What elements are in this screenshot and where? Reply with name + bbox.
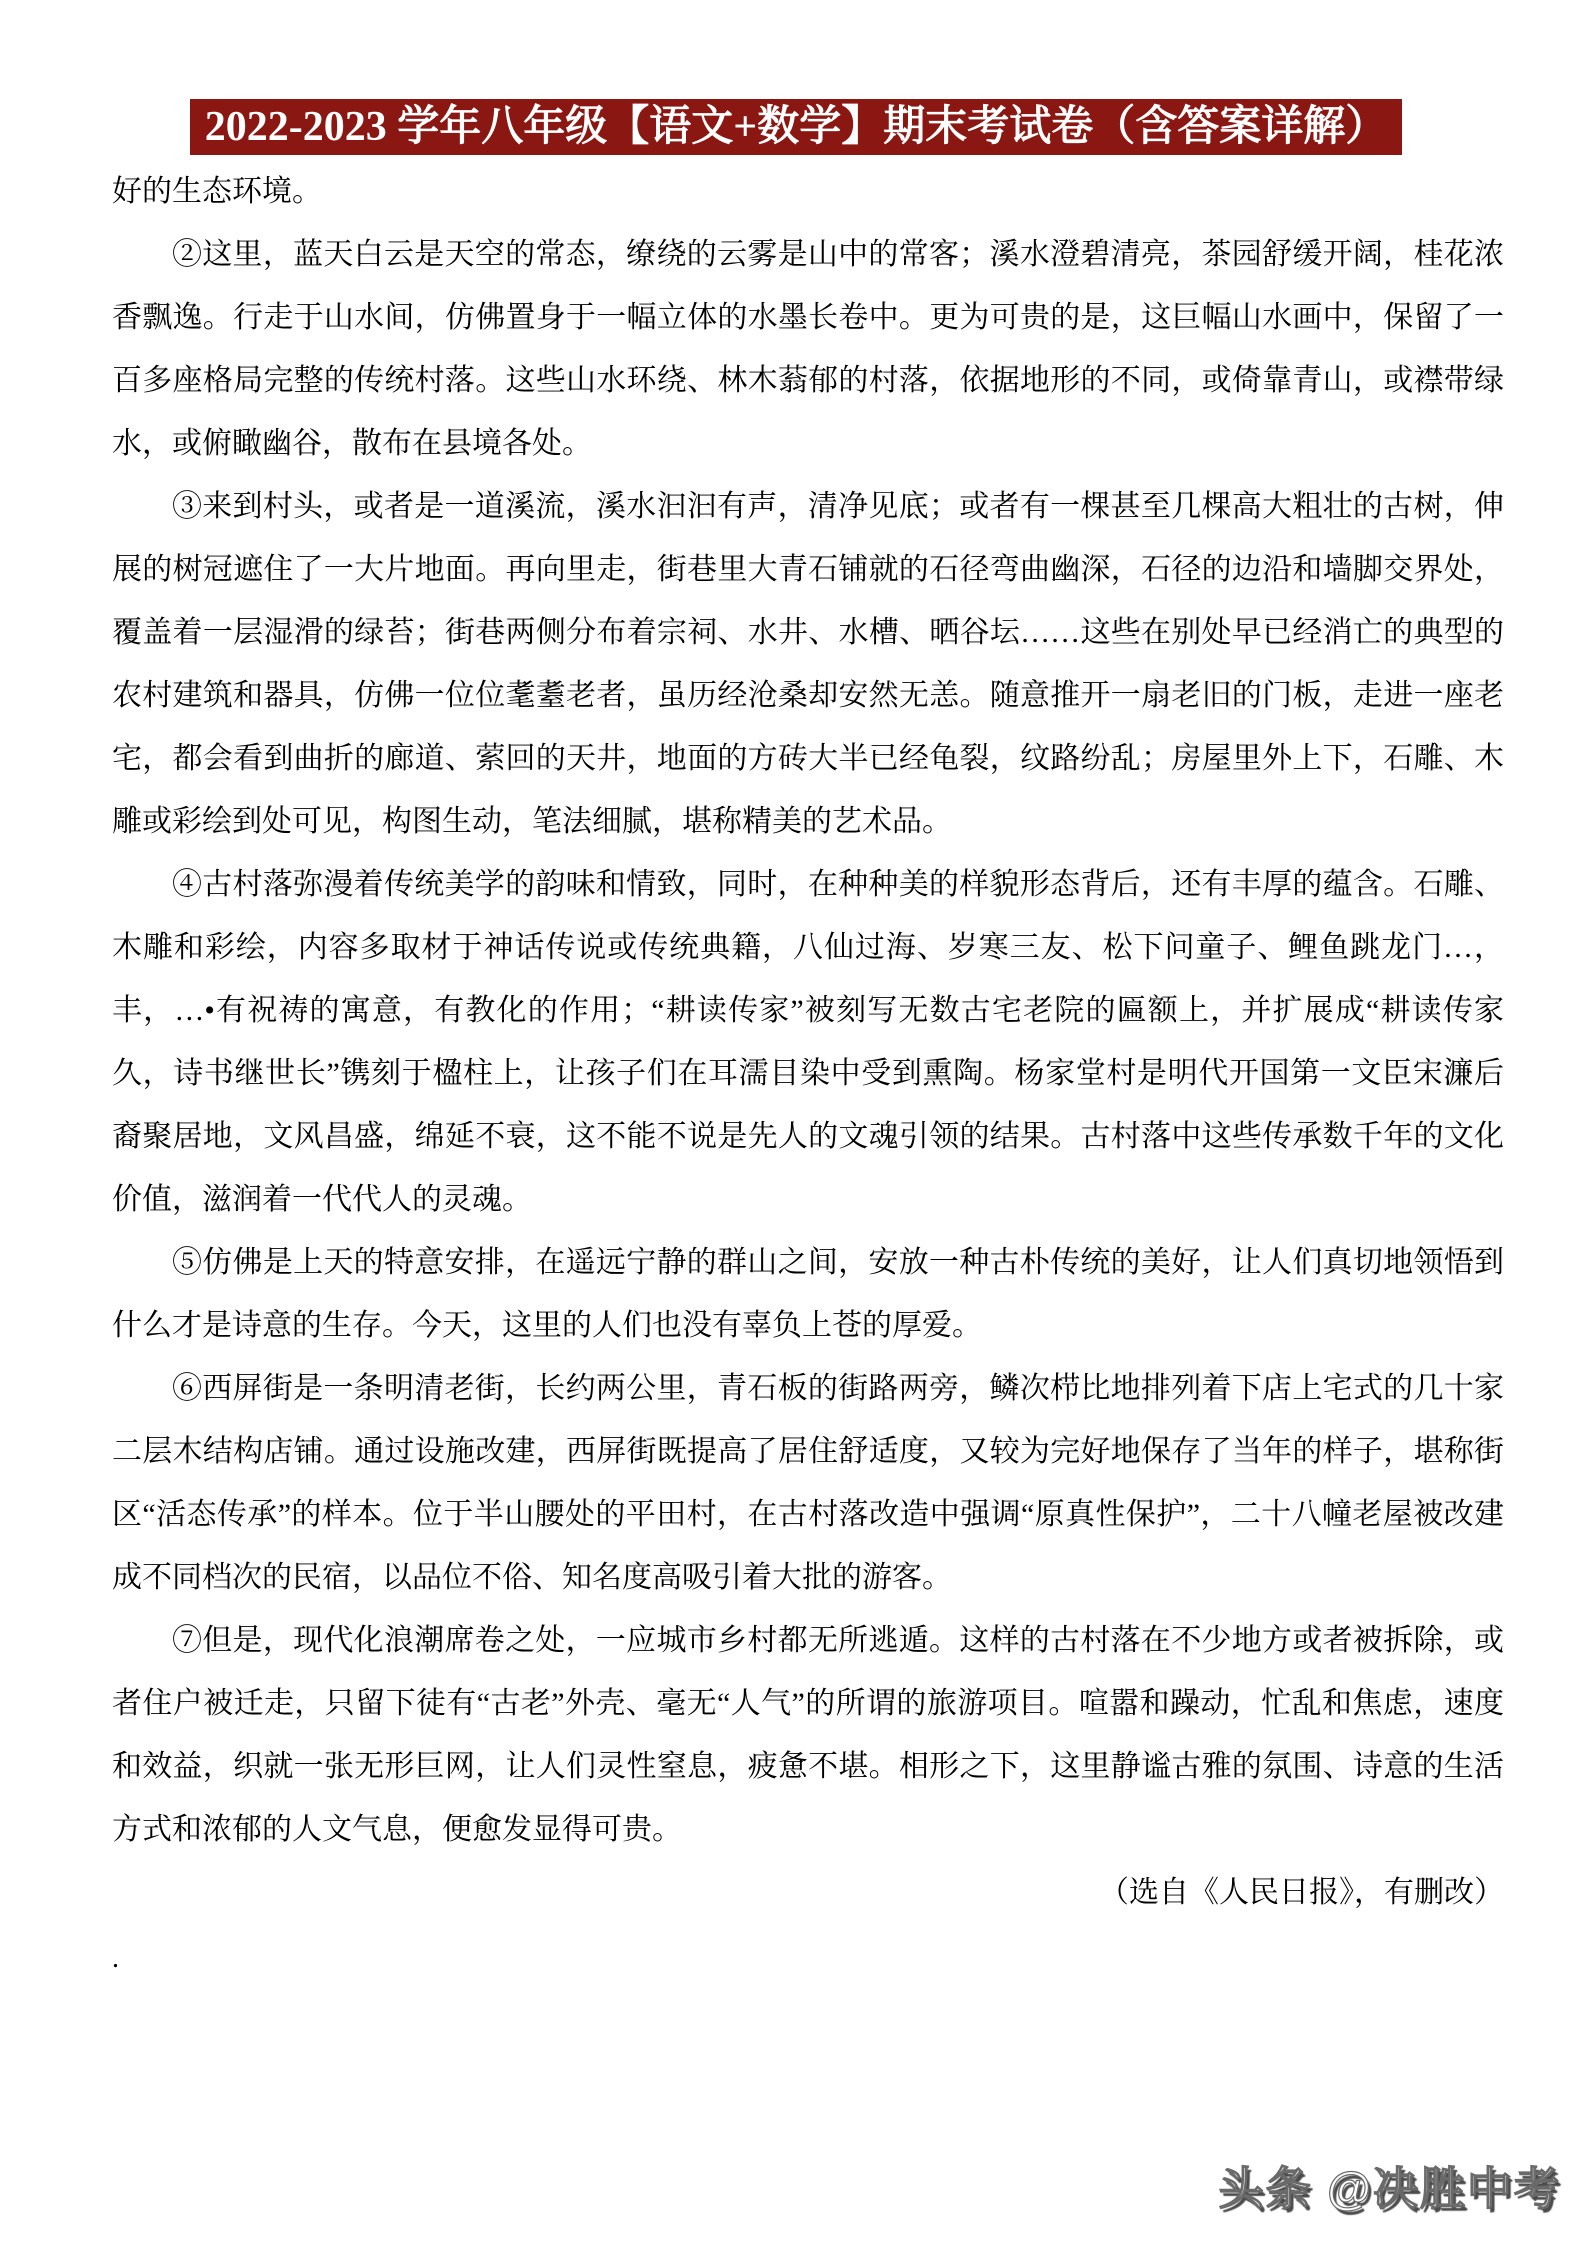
paragraph-2: ②这里，蓝天白云是天空的常态，缭绕的云雾是山中的常客；溪水澄碧清亮，茶园舒缓开阔… <box>112 223 1504 475</box>
paragraph-5: ⑤仿佛是上天的特意安排，在遥远宁静的群山之间，安放一种古朴传统的美好，让人们真切… <box>112 1231 1504 1357</box>
paragraph-4: ④古村落弥漫着传统美学的韵味和情致，同时，在种种美的样貌形态背后，还有丰厚的蕴含… <box>112 853 1504 1231</box>
source-attribution: （选自《人民日报》，有删改） <box>112 1861 1504 1924</box>
paragraph-3: ③来到村头，或者是一道溪流，溪水汩汩有声，清净见底；或者有一棵甚至几棵高大粗壮的… <box>112 475 1504 853</box>
watermark-toutiao: 头条 @决胜中考 <box>1219 2152 1561 2217</box>
exam-banner: 2022-2023 学年八年级【语文+数学】期末考试卷（含答案详解） <box>190 99 1402 155</box>
exam-page: 2022-2023 学年八年级【语文+数学】期末考试卷（含答案详解） 好的生态环… <box>0 0 1587 2245</box>
banner-title: 2022-2023 学年八年级【语文+数学】期末考试卷（含答案详解） <box>205 99 1387 155</box>
paragraph-6: ⑥西屏街是一条明清老街，长约两公里，青石板的街路两旁，鳞次栉比地排列着下店上宅式… <box>112 1357 1504 1609</box>
trailing-dot: . <box>112 1924 1504 1994</box>
paragraph-7: ⑦但是，现代化浪潮席卷之处，一应城市乡村都无所逃遁。这样的古村落在不少地方或者被… <box>112 1609 1504 1861</box>
article-body: 好的生态环境。 ②这里，蓝天白云是天空的常态，缭绕的云雾是山中的常客；溪水澄碧清… <box>112 160 1504 1994</box>
paragraph-continuation: 好的生态环境。 <box>112 160 1504 223</box>
